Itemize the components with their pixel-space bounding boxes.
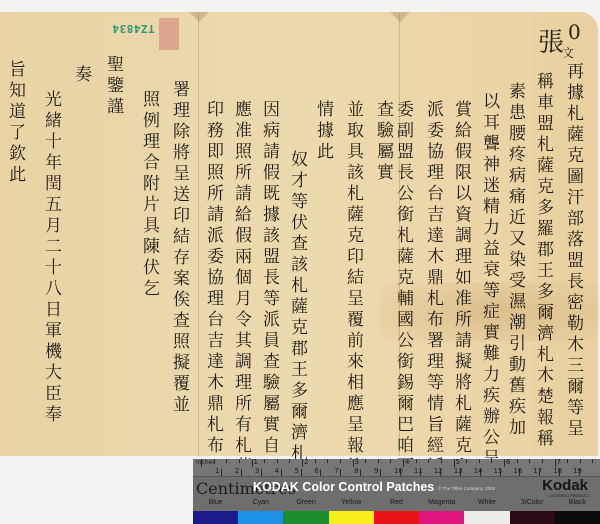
fold-mark [390, 12, 410, 22]
inch-subtick [378, 459, 379, 463]
cm-tick [281, 469, 282, 476]
text-column: 應准照所請給假兩個月令其調理所有札薩克 [231, 100, 251, 499]
cm-number: 9 [374, 467, 378, 475]
archive-stamp-number: TZ4834 [112, 22, 155, 35]
inch-subtick [390, 459, 391, 463]
color-patches [193, 511, 600, 524]
inch-subtick [491, 459, 492, 463]
inch-number: 7 [557, 458, 561, 466]
cm-tick [221, 469, 222, 476]
patch-label-yellow: Yellow [329, 499, 374, 509]
color-patch-blue [193, 511, 238, 524]
patch-label-magenta: Magenta [419, 499, 464, 509]
licensed-product-text: LICENSED PRODUCT [549, 493, 590, 498]
patch-label-green: Green [283, 499, 328, 509]
text-column: 因病請假既據該盟長等派員查驗屬實自 [259, 100, 279, 457]
cm-tick [241, 469, 242, 476]
cm-tick [340, 469, 341, 476]
kodak-color-control-strip: Inches 123456781234567891011121314151617… [193, 459, 600, 524]
inch-number: 5 [456, 458, 460, 466]
cm-number: 11 [414, 467, 423, 475]
cm-number: 17 [533, 467, 542, 475]
text-column: 印務即照所請派委協理台吉達木鼎札布 [203, 100, 223, 457]
cm-number: 19 [573, 467, 582, 475]
inch-subtick [466, 459, 467, 463]
cm-tick [320, 469, 321, 476]
inch-subtick [441, 459, 442, 463]
inch-subtick [567, 459, 568, 463]
inch-subtick [315, 459, 316, 463]
text-column: 奏 [71, 65, 91, 86]
inch-tick [555, 459, 556, 467]
inch-number: 2 [304, 458, 308, 466]
patch-label-white: White [464, 499, 509, 509]
corner-annotation-sub: 文 [562, 44, 574, 61]
text-column: 奴才等伏查該札薩克郡王多爾濟札木楚 [287, 150, 307, 507]
text-column: 並取具該札薩克印結呈覆前來相應呈報等 [343, 100, 363, 478]
inch-tick [504, 459, 505, 467]
cm-number: 13 [454, 467, 463, 475]
corner-annotation-mark: 0 [568, 20, 581, 44]
inch-subtick [428, 459, 429, 463]
cm-number: 5 [295, 467, 299, 475]
patch-labels: BlueCyanGreenYellowRedMagentaWhite3/Colo… [193, 499, 600, 509]
cm-tick [380, 469, 381, 476]
inch-tick [353, 459, 354, 467]
inch-subtick [580, 459, 581, 463]
color-patch-magenta [419, 511, 464, 524]
cm-number: 6 [314, 467, 318, 475]
text-column: 照例理合附片具陳伏乞 [139, 90, 159, 300]
color-patch-white [464, 511, 509, 524]
patch-label-blue: Blue [193, 499, 238, 509]
inch-number: 3 [355, 458, 359, 466]
text-column: 以耳聾神迷精力益衰等症實難力疾辦公呈請 [479, 92, 499, 491]
copyright-text: © The Tiffen Company, 2000 [438, 486, 495, 491]
cm-number: 4 [275, 467, 279, 475]
color-patch-black [555, 511, 600, 524]
inch-tick [302, 459, 303, 467]
measurement-ruler: Inches 123456781234567891011121314151617… [193, 459, 600, 477]
inch-number: 4 [405, 458, 409, 466]
inch-tick [454, 459, 455, 467]
cm-number: 2 [235, 467, 239, 475]
fold-mark [189, 12, 209, 22]
cm-tick [360, 469, 361, 476]
inch-subtick [592, 459, 593, 463]
color-patch-yellow [329, 511, 374, 524]
inch-subtick [214, 459, 215, 463]
cm-number: 1 [215, 467, 219, 475]
corner-annotation-char: 張 [538, 22, 564, 59]
cm-number: 10 [394, 467, 403, 475]
inches-label: Inches [196, 459, 216, 466]
kodak-logo: Kodak [542, 477, 588, 494]
inch-subtick [277, 459, 278, 463]
inch-subtick [289, 459, 290, 463]
cm-number: 7 [334, 467, 338, 475]
text-column: 聖鑒謹 [103, 55, 123, 118]
inch-tick [201, 459, 202, 467]
cm-number: 16 [513, 467, 522, 475]
inch-tick [252, 459, 253, 467]
text-column: 光緒十年閏五月二十八日軍機大臣奉 [41, 90, 61, 426]
inch-subtick [416, 459, 417, 463]
cm-number: 3 [255, 467, 259, 475]
color-patch-red [374, 511, 419, 524]
inch-subtick [479, 459, 480, 463]
text-column: 素患腰疼病痛近又染受濕潮引動舊疾加 [505, 82, 525, 439]
cm-tick [301, 469, 302, 476]
color-patch-cyan [238, 511, 283, 524]
cm-number: 12 [434, 467, 443, 475]
inch-tick [403, 459, 404, 467]
patch-label-3-color: 3/Color [510, 499, 555, 509]
inch-subtick [542, 459, 543, 463]
text-column: 賞給假限以資調理如准所請擬將札薩克印務 [451, 100, 471, 499]
text-column: 情據此 [313, 100, 333, 163]
text-column: 稱車盟札薩克多羅郡王多爾濟札木楚報稱 [533, 72, 553, 450]
inch-number: 1 [254, 458, 258, 466]
cm-number: 8 [354, 467, 358, 475]
cm-number: 15 [494, 467, 503, 475]
text-column: 署理除將呈送印結存案俟查照擬覆並 [169, 80, 189, 416]
red-seal-stamp [159, 18, 179, 50]
inch-subtick [327, 459, 328, 463]
patch-label-cyan: Cyan [238, 499, 283, 509]
inch-subtick [264, 459, 265, 463]
patch-label-black: Black [555, 499, 600, 509]
cm-number: 14 [474, 467, 483, 475]
color-patch-green [283, 511, 328, 524]
text-column: 旨知道了欽此 [5, 60, 25, 186]
text-column: 再據札薩克圖汗部落盟長密勒木三爾等呈 [563, 62, 583, 440]
inch-subtick [340, 459, 341, 463]
inch-subtick [529, 459, 530, 463]
inch-subtick [517, 459, 518, 463]
inch-subtick [226, 459, 227, 463]
inch-number: 6 [506, 458, 510, 466]
inch-subtick [365, 459, 366, 463]
cm-tick [261, 469, 262, 476]
text-column: 派委協理台吉達木鼎札布署理等情旨經派 [423, 100, 443, 478]
cm-number: 18 [553, 467, 562, 475]
patch-label-red: Red [374, 499, 419, 509]
color-patch-3-color [510, 511, 555, 524]
inch-subtick [239, 459, 240, 463]
kodak-title: KODAK Color Control Patches [253, 480, 434, 494]
